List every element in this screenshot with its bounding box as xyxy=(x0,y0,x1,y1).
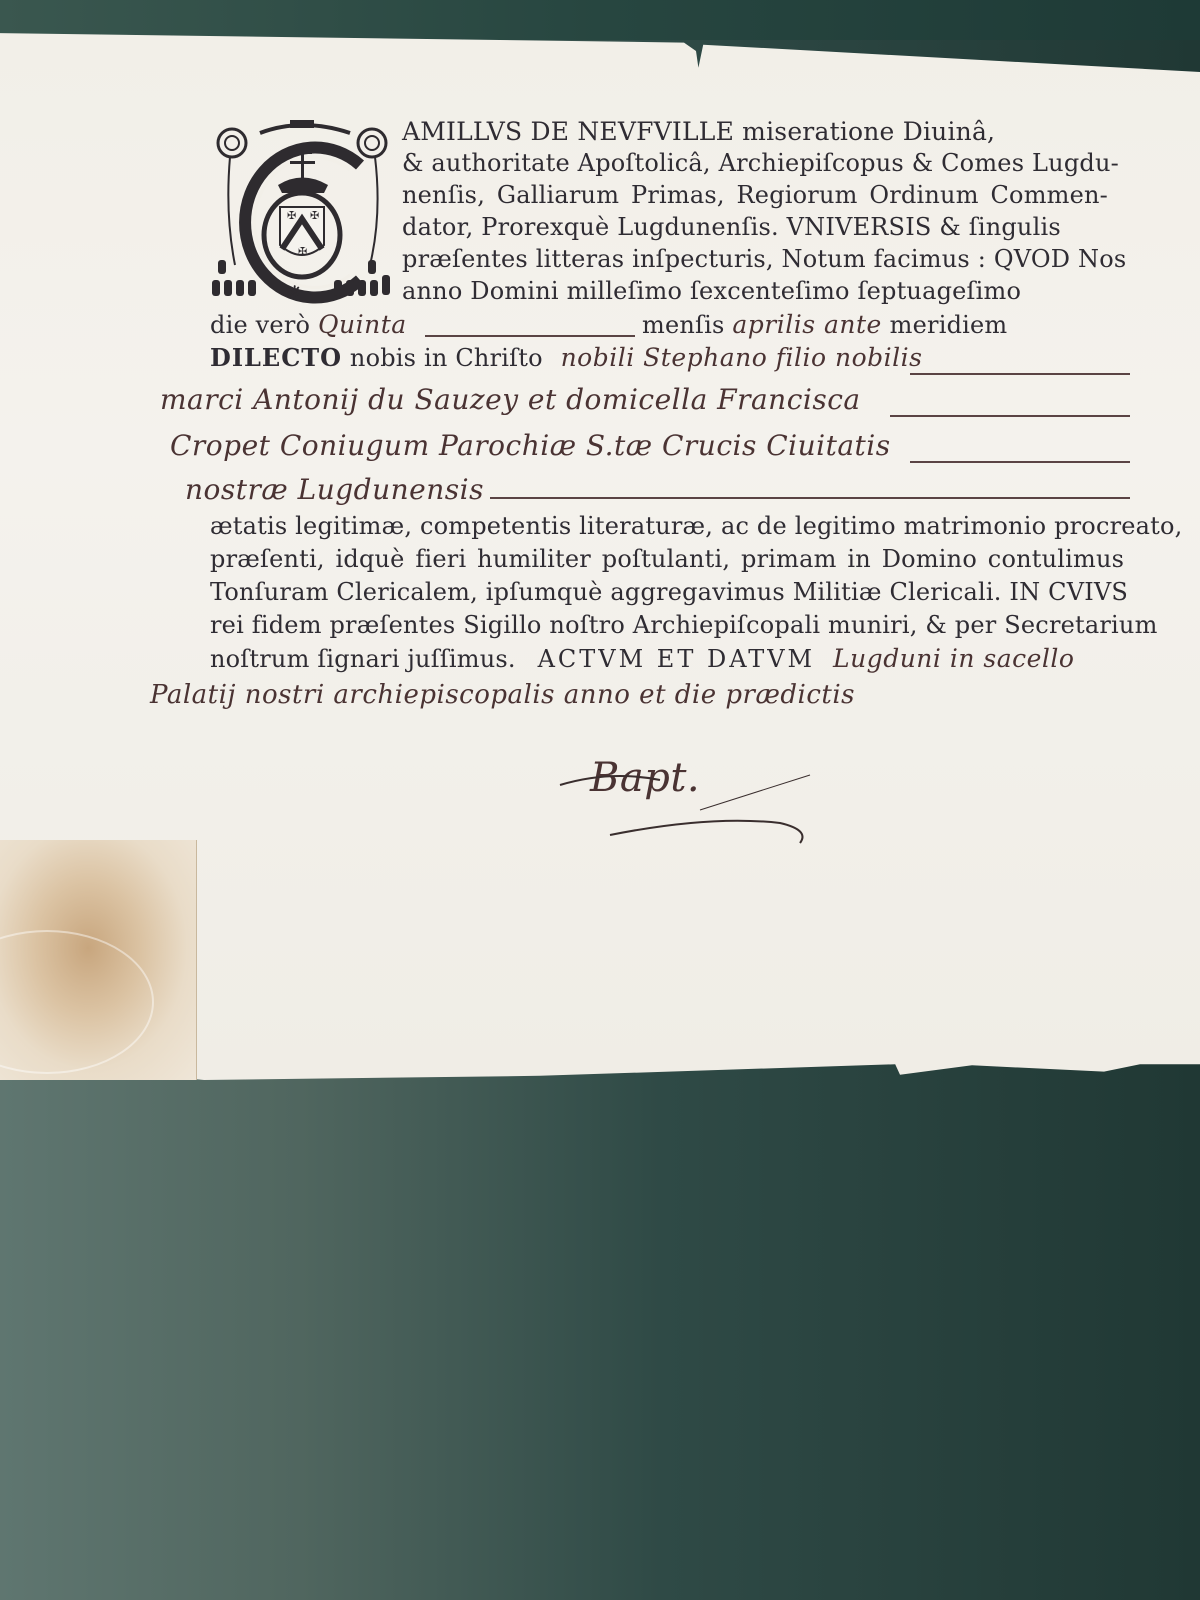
print-line-4: dator, Prorexquè Lugdunenſis. VNIVERSIS … xyxy=(402,211,1061,244)
dilecto-line: DILECTO nobis in Chriſto nobili Stephano… xyxy=(210,341,922,375)
svg-text:❋: ❋ xyxy=(288,282,301,301)
print-line-2: & authoritate Apoſtolicâ, Archiepiſcopus… xyxy=(402,147,1119,180)
dilecto-caps: DILECTO xyxy=(210,343,342,372)
actum-line: noſtrum ſignari juſſimus. ACTVM ET DATVM… xyxy=(210,642,1074,676)
date-line: die verò Quinta xyxy=(210,308,407,342)
date-prefix: die verò xyxy=(210,311,310,339)
decorated-initial-c-icon: ✠ ✠ ✠ ❋ xyxy=(210,115,396,305)
body-line-4: rei fidem præſentes Sigillo noſtro Archi… xyxy=(210,609,1158,642)
fill-rule-4 xyxy=(490,497,1130,499)
seal-impression xyxy=(0,930,154,1074)
fill-rule-day xyxy=(425,335,635,337)
background-board-top xyxy=(0,0,1200,40)
body-line-5: noſtrum ſignari juſſimus. xyxy=(210,645,516,673)
handwritten-line-1: marci Antonij du Sauzey et domicella Fra… xyxy=(160,383,861,416)
print-line-6: anno Domini milleſimo ſexcenteſimo ſeptu… xyxy=(402,275,1021,308)
handwritten-month: aprilis ante xyxy=(732,310,881,339)
fill-rule-1 xyxy=(910,373,1130,375)
handwritten-day: Quinta xyxy=(318,310,407,339)
handwritten-place: Lugduni in sacello xyxy=(833,644,1074,673)
body-line-1: ætatis legitimæ, competentis literaturæ,… xyxy=(210,510,1183,543)
handwritten-closing: Palatij nostri archiepiscopalis anno et … xyxy=(150,680,855,710)
signature-flourish-icon xyxy=(550,755,850,845)
dilecto-rest: nobis in Chriſto xyxy=(350,344,543,372)
actum-caps: ACTVM ET DATVM xyxy=(538,645,816,673)
month-suffix: meridiem xyxy=(890,311,1008,339)
month-line: menſis aprilis ante meridiem xyxy=(642,308,1007,342)
body-line-2: præſenti, idquè fieri humiliter poſtulan… xyxy=(210,543,1124,576)
print-line-1: AMILLVS DE NEVFVILLE miseratione Diuinâ, xyxy=(402,115,995,148)
handwritten-line-2: Cropet Coniugum Parochiæ S.tæ Crucis Ciu… xyxy=(170,429,891,462)
fill-rule-2 xyxy=(890,415,1130,417)
svg-text:✠: ✠ xyxy=(287,209,296,222)
wax-seal-paper xyxy=(0,840,197,1080)
handwritten-name: nobili Stephano filio nobilis xyxy=(561,343,923,372)
month-prefix: menſis xyxy=(642,311,725,339)
fill-rule-3 xyxy=(910,461,1130,463)
handwritten-line-3: nostræ Lugdunensis xyxy=(185,473,484,506)
print-line-5: præſentes litteras inſpecturis, Notum fa… xyxy=(402,243,1126,276)
svg-text:✠: ✠ xyxy=(310,209,319,222)
print-line-3: nenſis, Galliarum Primas, Regiorum Ordin… xyxy=(402,179,1108,212)
svg-text:✠: ✠ xyxy=(298,245,307,258)
body-line-3: Tonſuram Clericalem, ipſumquè aggregavim… xyxy=(210,576,1128,609)
